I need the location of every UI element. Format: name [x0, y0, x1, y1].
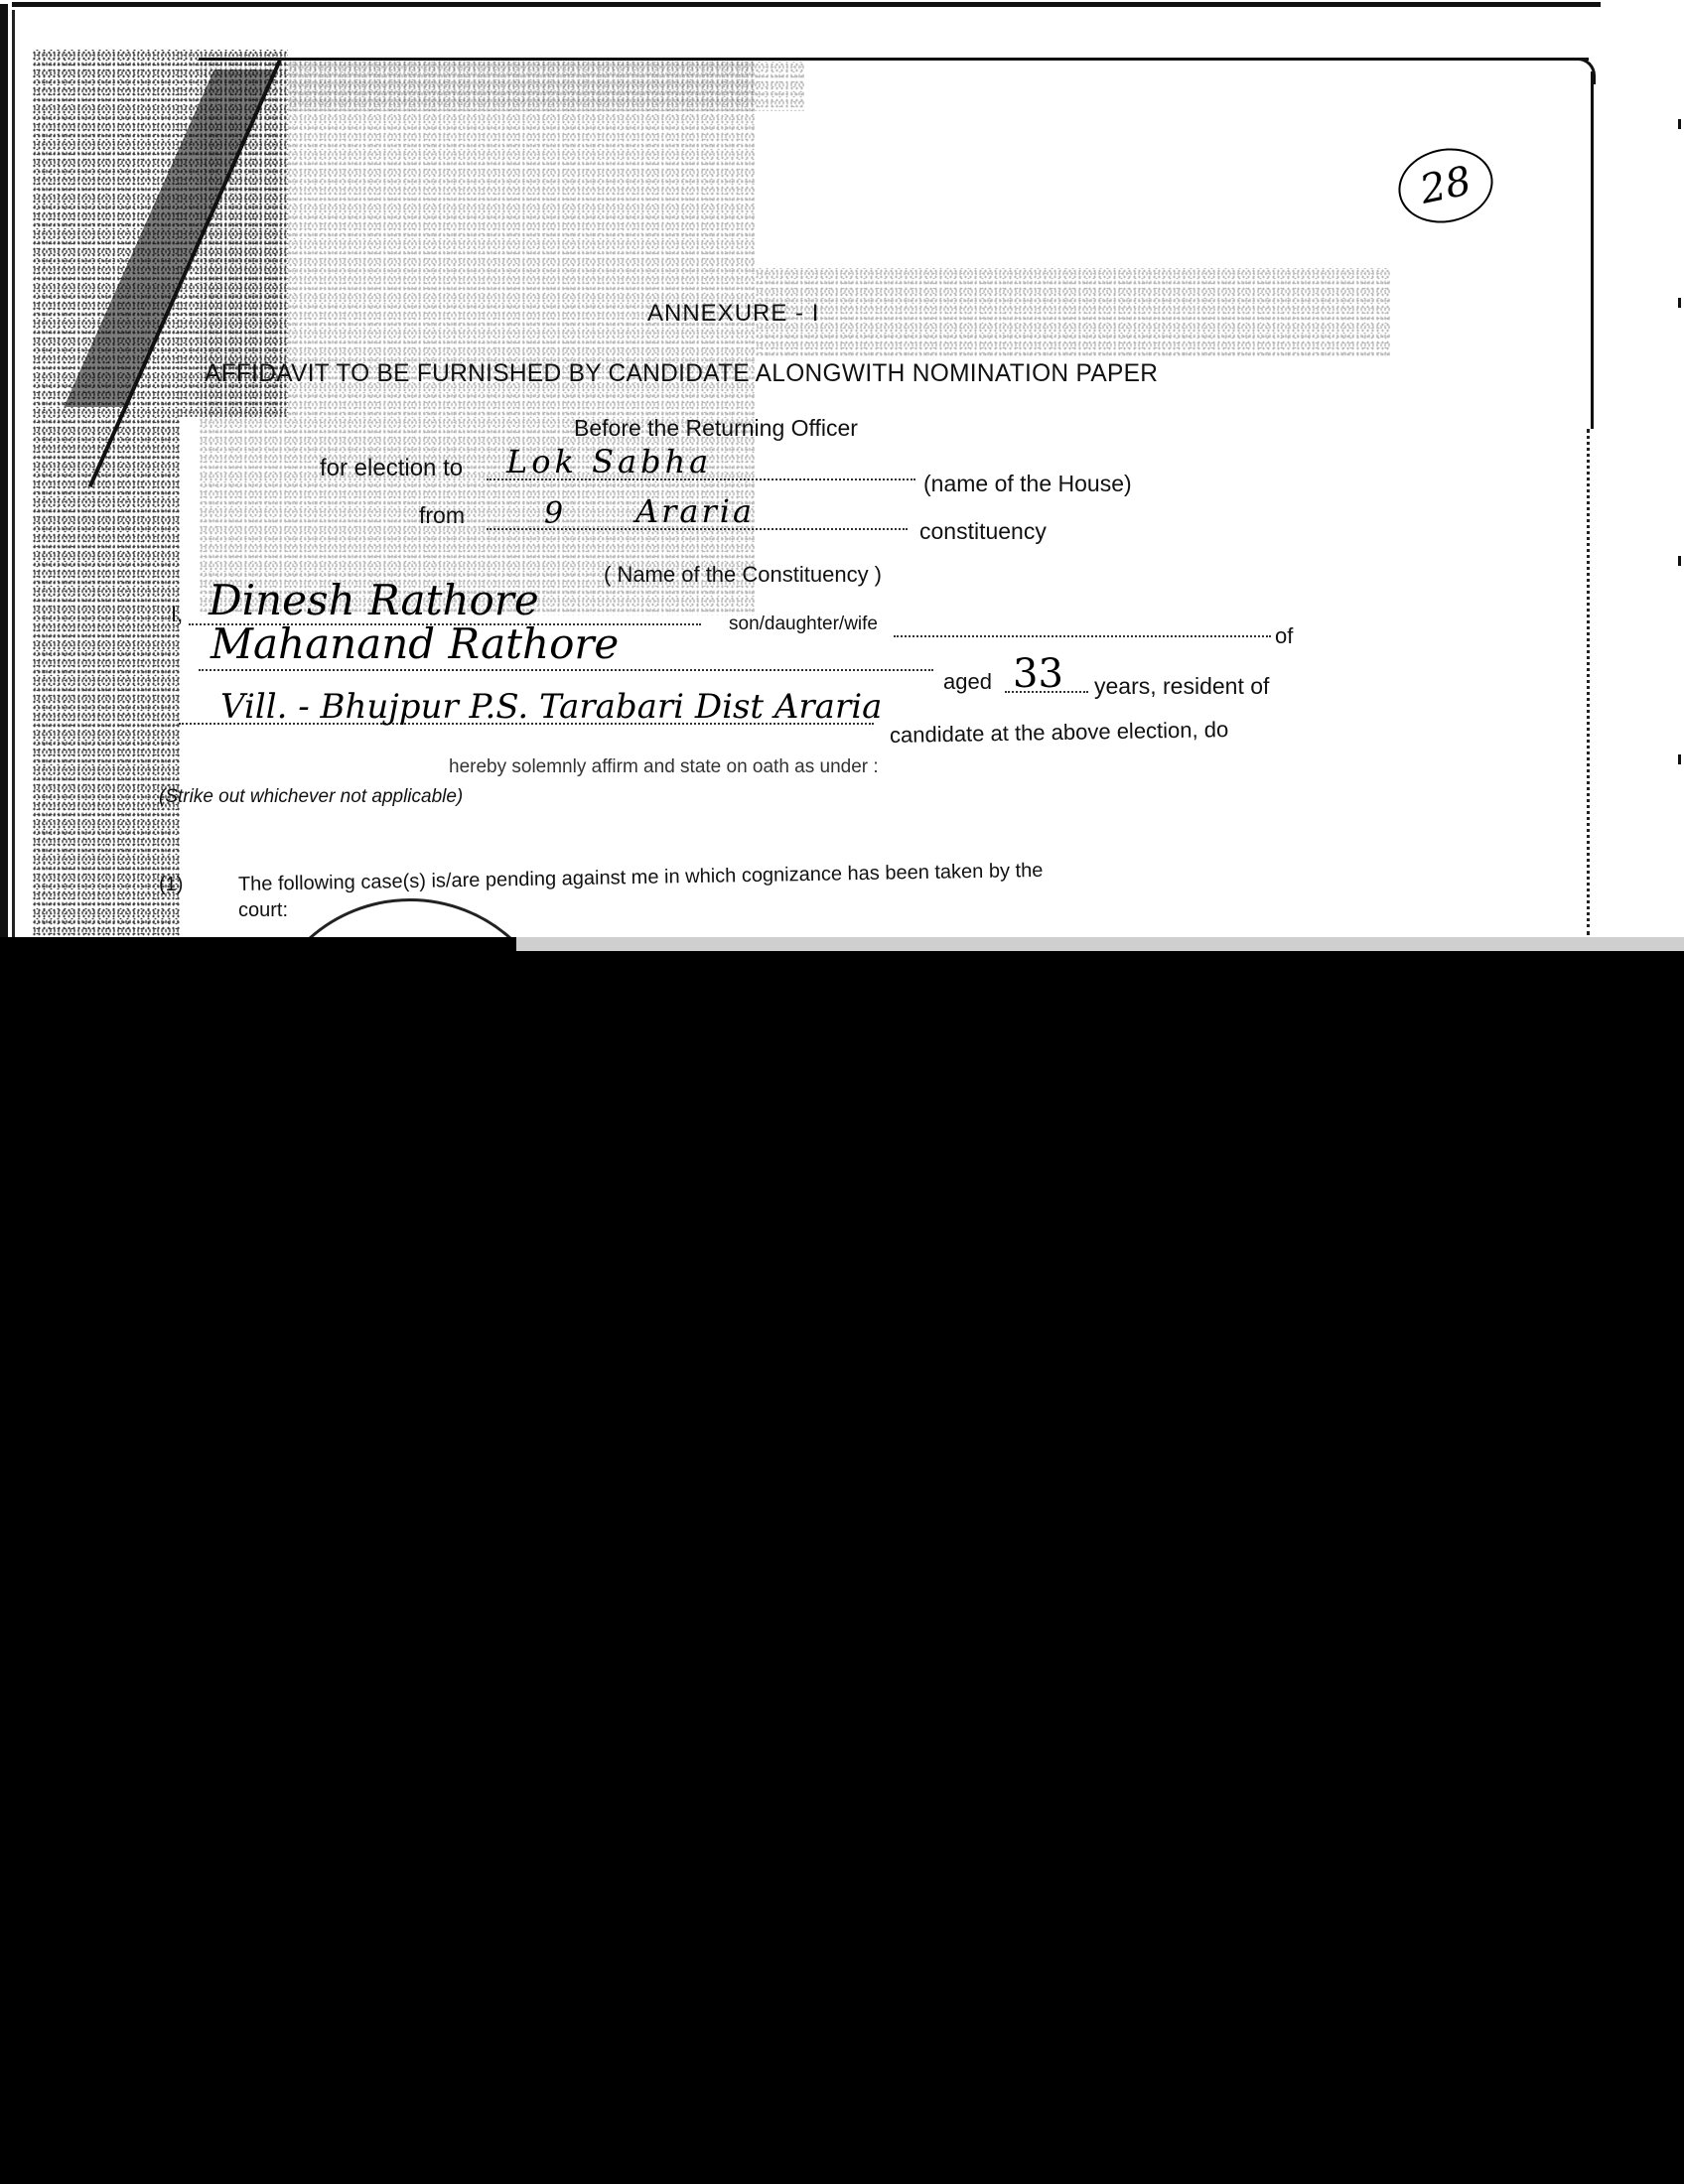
election-to-label: for election to: [320, 455, 463, 482]
age-value[interactable]: 33: [1013, 651, 1063, 697]
scan-noise-upper-left: [199, 60, 755, 615]
page-number-text: 28: [1416, 158, 1474, 213]
annexure-heading: ANNEXURE - I: [647, 300, 819, 328]
paper-right-edge: [1591, 71, 1594, 429]
constituency-value[interactable]: Araria: [635, 492, 755, 530]
margin-mark: [1678, 119, 1681, 129]
constituency-hint: ( Name of the Constituency ): [604, 562, 882, 588]
from-label: from: [419, 502, 465, 529]
paper-right-edge-dashed: [1587, 429, 1590, 935]
years-resident-label: years, resident of: [1094, 673, 1269, 700]
relation-dotted-line: [894, 635, 1271, 637]
scanned-page: 28 ANNEXURE - I AFFIDAVIT TO BE FURNISHE…: [0, 0, 1684, 937]
item-1-text-continued: court:: [238, 899, 288, 922]
constituency-label: constituency: [919, 518, 1047, 545]
scan-noise-top: [288, 62, 804, 111]
of-label: of: [1275, 623, 1293, 649]
candidate-clause: candidate at the above election, do: [890, 717, 1229, 749]
strike-out-note: (Strike out whichever not applicable): [159, 786, 463, 808]
scan-gray-strip: [516, 937, 1684, 951]
constituency-number[interactable]: 9: [544, 496, 563, 531]
margin-mark: [1678, 754, 1681, 764]
scan-border-left: [0, 4, 8, 937]
scan-border-left-inner: [12, 10, 15, 937]
paper-top-edge: [199, 58, 1589, 61]
election-to-value[interactable]: Lok Sabha: [506, 443, 712, 480]
page-number-annotation: 28: [1391, 140, 1499, 231]
affirm-line: hereby solemnly affirm and state on oath…: [449, 756, 879, 778]
candidate-name[interactable]: Dinesh Rathore: [209, 576, 539, 624]
seal-text: KIIA: [360, 935, 445, 937]
margin-mark: [1678, 556, 1681, 566]
official-seal: KIIA: [258, 898, 562, 937]
scan-border-top: [12, 2, 1601, 7]
aged-label: aged: [943, 669, 992, 695]
margin-mark: [1678, 298, 1681, 308]
before-returning-officer: Before the Returning Officer: [574, 415, 858, 442]
item-1-text: The following case(s) is/are pending aga…: [238, 860, 1044, 896]
address-value[interactable]: Vill. - Bhujpur P.S. Tarabari Dist Arari…: [220, 687, 882, 727]
item-1-number: (1): [159, 874, 183, 896]
parent-name-dotted-line: [199, 669, 933, 671]
house-hint: (name of the House): [923, 471, 1132, 497]
document-title: AFFIDAVIT TO BE FURNISHED BY CANDIDATE A…: [205, 359, 1158, 388]
blank-black-region: [0, 951, 1684, 2184]
parent-name[interactable]: Mahanand Rathore: [210, 619, 619, 668]
relation-label: son/daughter/wife: [729, 614, 878, 635]
i-label: I,: [171, 602, 183, 627]
scan-noise-header: [755, 268, 1390, 357]
